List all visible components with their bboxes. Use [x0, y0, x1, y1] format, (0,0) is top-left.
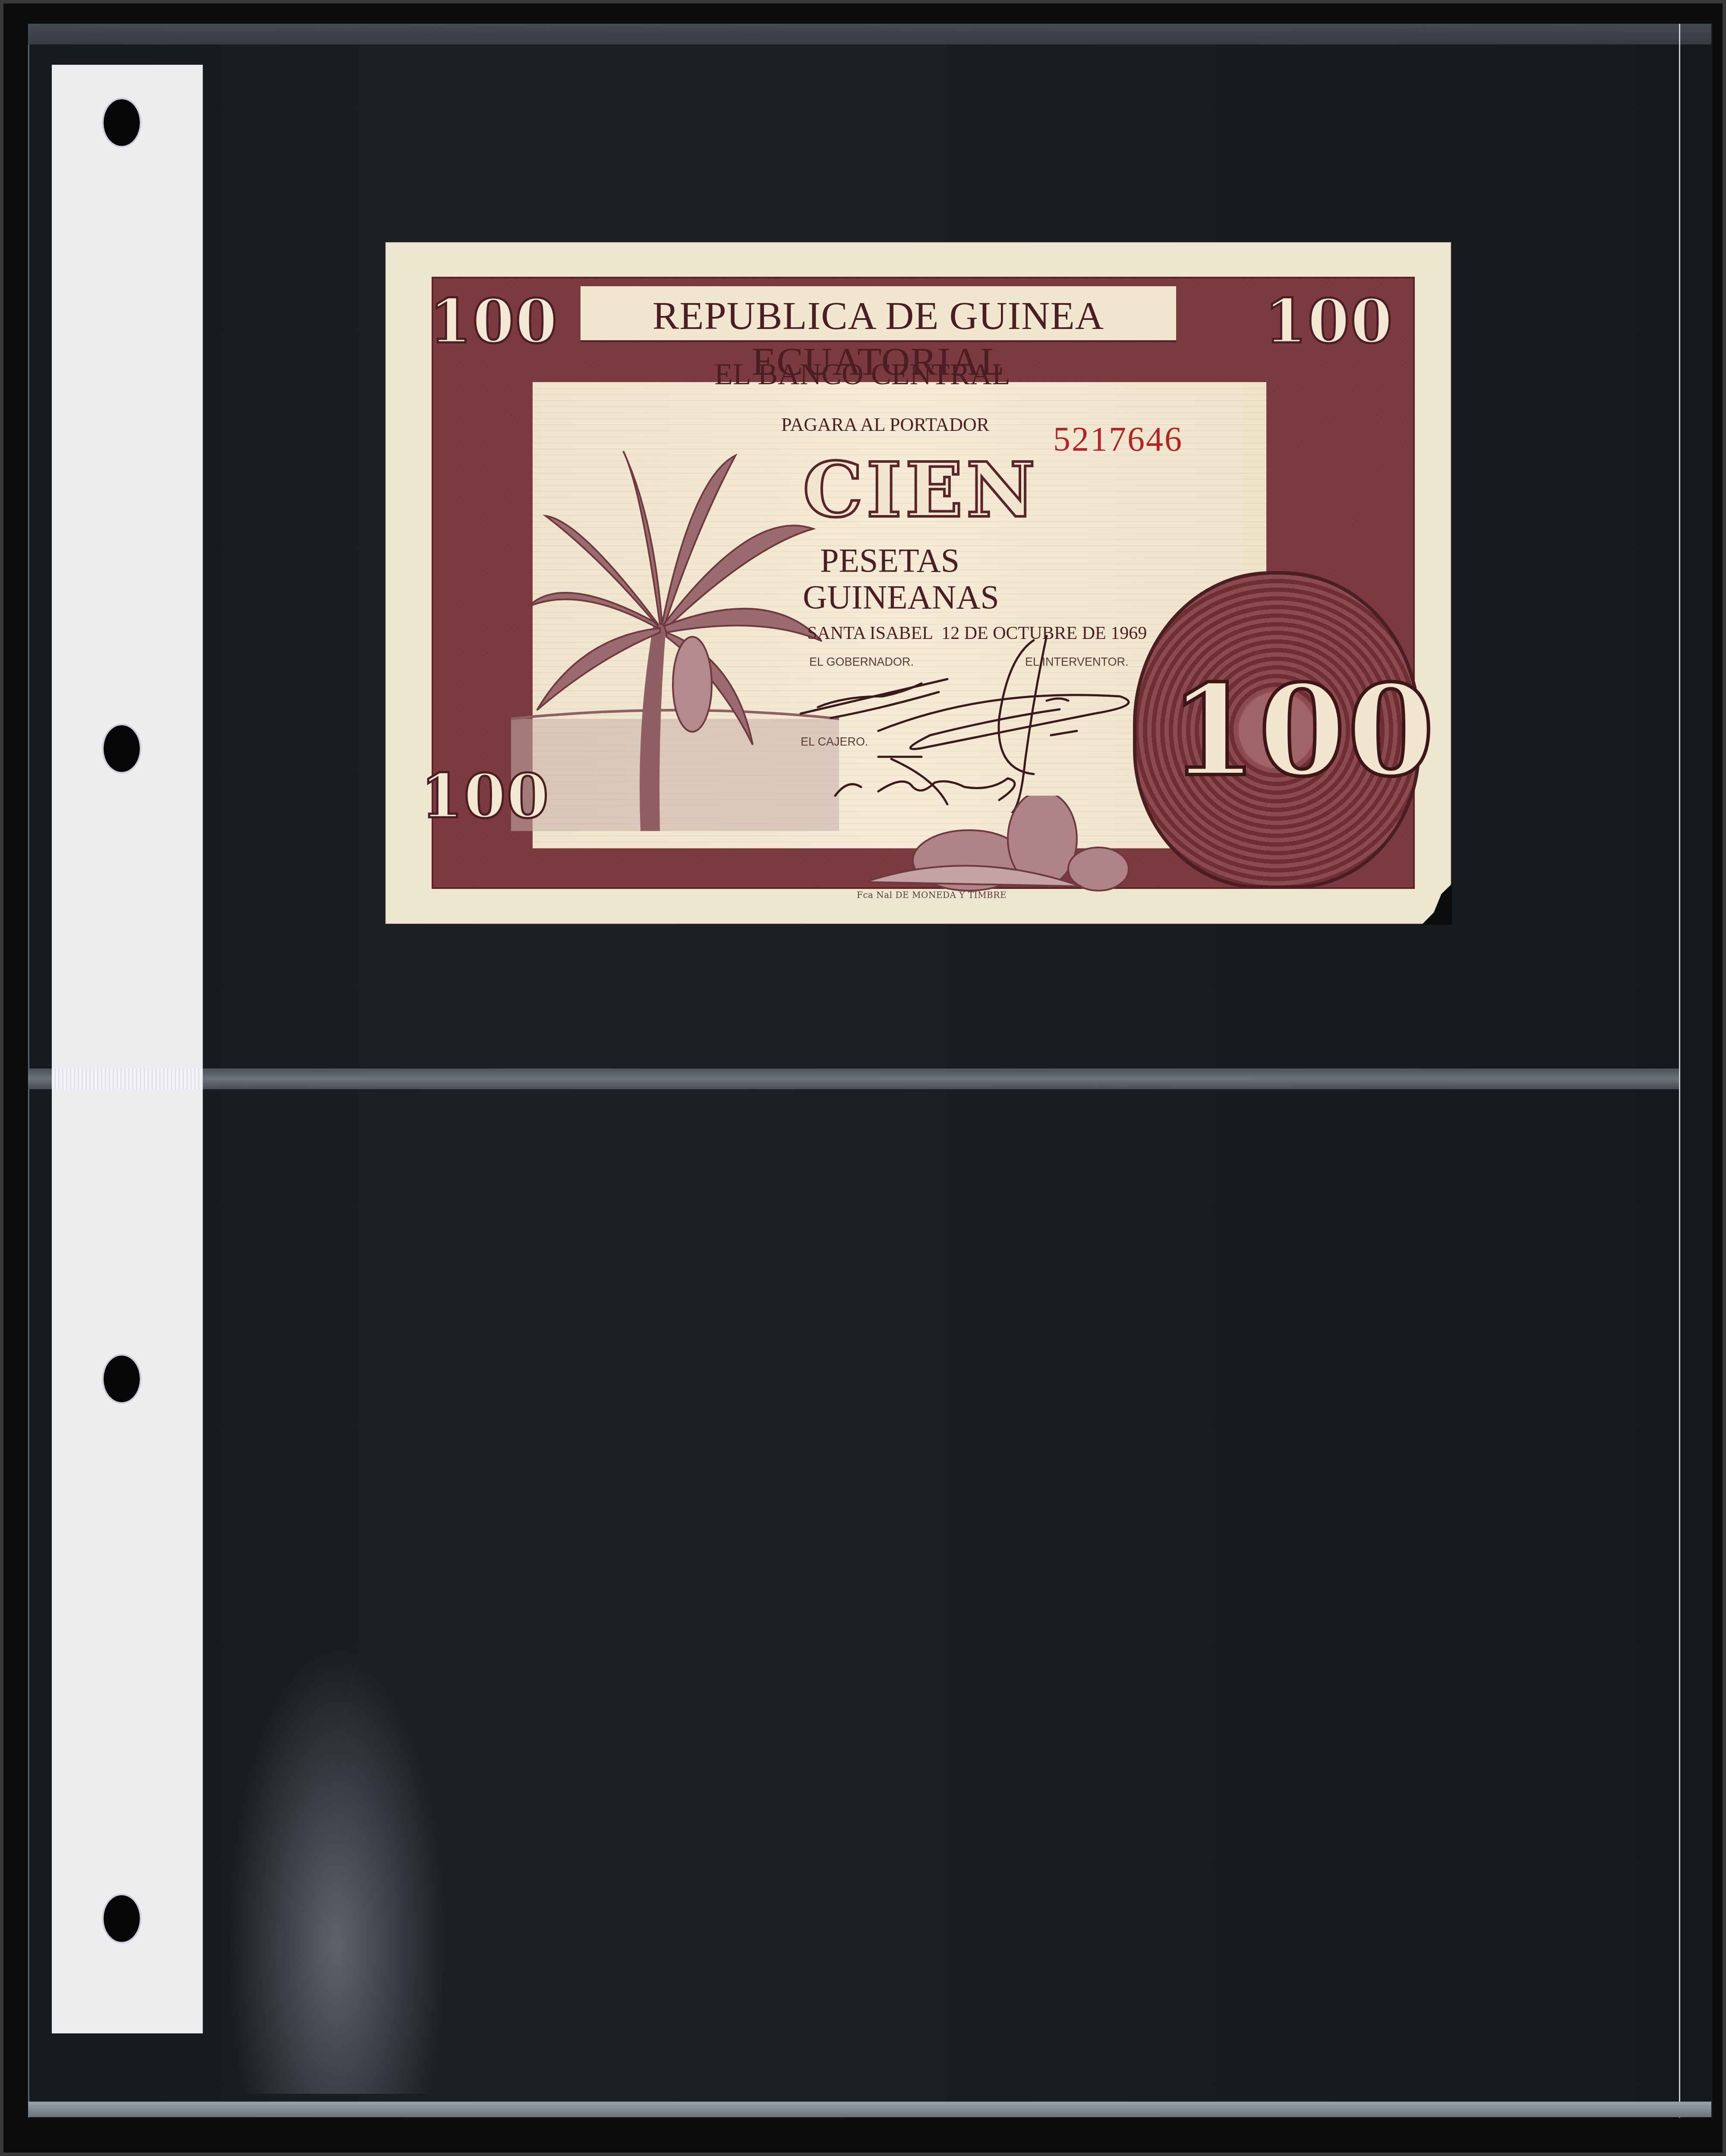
banknote: REPUBLICA DE GUINEA ECUATORIAL EL BANCO …	[386, 243, 1450, 923]
printer-imprint: Fca Nal DE MONEDA Y TIMBRE	[857, 890, 1007, 900]
currency-line-1: PESETAS	[820, 541, 959, 580]
payable-text: PAGARA AL PORTADOR	[781, 414, 989, 436]
binder-strip	[52, 65, 203, 2033]
signatures	[792, 632, 1146, 813]
strip-seam	[52, 1069, 203, 1089]
pocket-divider-seam	[28, 1069, 1679, 1089]
center-denomination: 100	[1170, 658, 1436, 804]
binder-hole	[104, 99, 140, 146]
serial-number: 5217646	[1053, 420, 1183, 459]
light-glare	[207, 1597, 466, 2094]
amount-word: CIEN	[803, 446, 1039, 534]
fruit-still-life	[839, 796, 1228, 895]
corner-denomination-top-left: 100	[429, 286, 558, 357]
issuer-name: EL BANCO CENTRAL	[714, 357, 1010, 392]
binder-hole	[104, 1895, 140, 1942]
sleeve-bottom-seal	[28, 2102, 1711, 2117]
torn-corner	[1422, 884, 1452, 925]
sleeve-right-edge	[1679, 24, 1680, 2118]
corner-denomination-bottom-left: 100	[421, 761, 549, 832]
currency-line-2: GUINEANAS	[803, 578, 999, 616]
banana-tree-illustration	[511, 443, 839, 831]
corner-denomination-top-right: 100	[1265, 286, 1393, 357]
binder-hole	[104, 1356, 140, 1402]
binder-hole	[104, 725, 140, 772]
sleeve-top-seal	[28, 24, 1711, 44]
